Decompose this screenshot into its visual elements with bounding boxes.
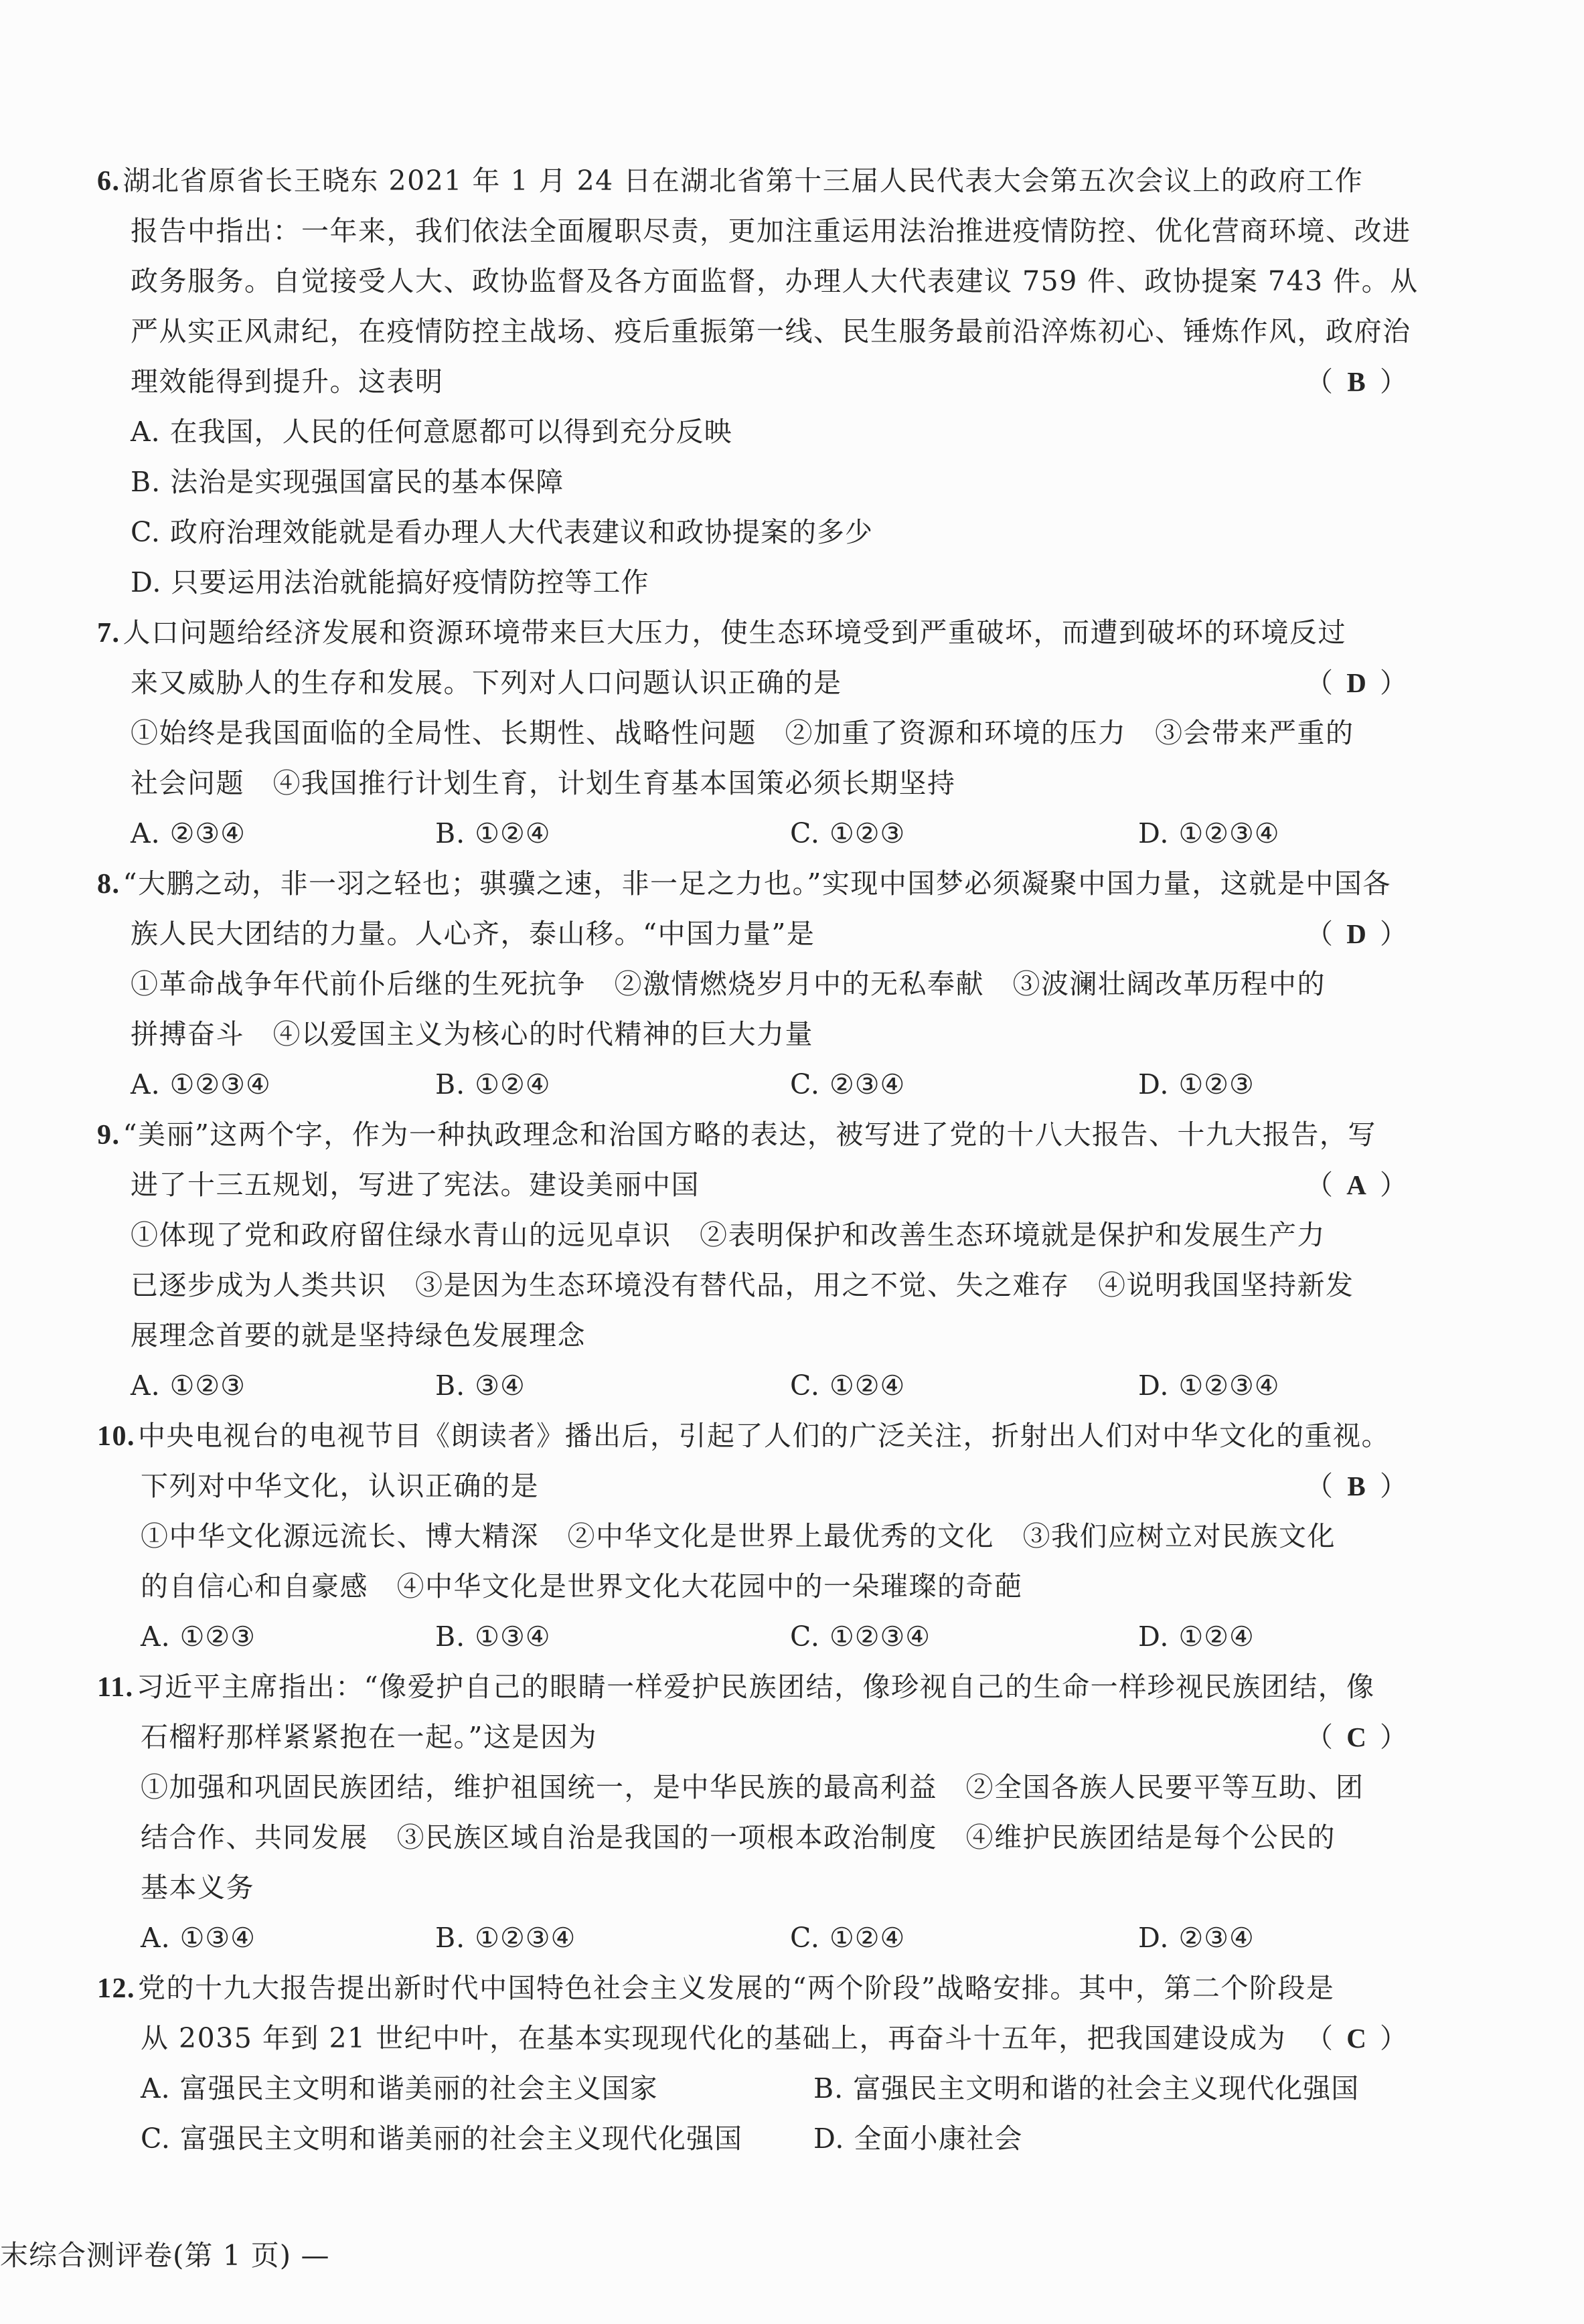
- question-stem-line: 党的十九大报告提出新时代中国特色社会主义发展的“两个阶段”战略安排。其中，第二个…: [138, 1972, 1334, 2004]
- statement-line: ①体现了党和政府留住绿水青山的远见卓识 ②表明保护和改善生态环境就是保护和发展生…: [131, 1218, 1326, 1252]
- option-b: B. 富强民主文明和谐的社会主义现代化强国: [813, 2072, 1359, 2105]
- option-d: D. 全面小康社会: [813, 2122, 1022, 2155]
- option-d: D. ①②③④: [1138, 817, 1280, 850]
- statement-line: ①中华文化源远流长、博大精深 ②中华文化是世界上最优秀的文化 ③我们应树立对民族…: [141, 1519, 1336, 1553]
- statement-line: ①始终是我国面临的全局性、长期性、战略性问题 ②加重了资源和环境的压力 ③会带来…: [131, 716, 1354, 750]
- option-b: B. ①②④: [435, 1068, 550, 1101]
- option-a: A. ①②③④: [131, 1068, 271, 1101]
- option-d: D. ①②③④: [1138, 1369, 1280, 1402]
- answer-letter: D: [1333, 917, 1380, 950]
- question-stem-line: 理效能得到提升。这表明: [131, 365, 444, 398]
- option-c: C. 政府治理效能就是看办理人大代表建议和政协提案的多少: [131, 515, 873, 549]
- answer-letter: C: [1333, 2021, 1380, 2055]
- option-d: D. ②③④: [1138, 1921, 1255, 1955]
- answer-bracket: （C）: [1305, 1720, 1407, 1754]
- option-b: B. 法治是实现强国富民的基本保障: [131, 465, 564, 499]
- answer-letter: B: [1333, 365, 1380, 398]
- question-stem-line: 从 2035 年到 21 世纪中叶，在基本实现现代化的基础上，再奋斗十五年，把我…: [141, 2021, 1286, 2055]
- answer-letter: A: [1333, 1168, 1380, 1201]
- question-stem-line: 族人民大团结的力量。人心齐，泰山移。“中国力量”是: [131, 917, 815, 950]
- answer-letter: D: [1333, 666, 1380, 699]
- statement-line: 已逐步成为人类共识 ③是因为生态环境没有替代品，用之不觉、失之难存 ④说明我国坚…: [131, 1268, 1354, 1302]
- question-stem-line: 严从实正风肃纪，在疫情防控主战场、疫后重振第一线、民生服务最前沿淬炼初心、锤炼作…: [131, 315, 1411, 348]
- statement-line: 拼搏奋斗 ④以爱国主义为核心的时代精神的巨大力量: [131, 1017, 813, 1051]
- option-c: C. ②③④: [790, 1068, 905, 1101]
- question-stem-line: 石榴籽那样紧紧抱在一起。”这是因为: [141, 1720, 597, 1754]
- exam-page: 6.湖北省原省长王晓东 2021 年 1 月 24 日在湖北省第十三届人民代表大…: [0, 0, 1584, 2324]
- page-footer: 末综合测评卷(第 1 页) —: [0, 2239, 330, 2272]
- option-b: B. ①②④: [435, 817, 550, 850]
- statement-line: 展理念首要的就是坚持绿色发展理念: [131, 1319, 586, 1352]
- statement-line: 结合作、共同发展 ③民族区域自治是我国的一项根本政治制度 ④维护民族团结是每个公…: [141, 1821, 1336, 1854]
- question-stem-line: 湖北省原省长王晓东 2021 年 1 月 24 日在湖北省第十三届人民代表大会第…: [123, 165, 1364, 197]
- question-number: 10.: [97, 1421, 135, 1452]
- statement-line: 基本义务: [141, 1871, 254, 1904]
- question-stem-line: 下列对中华文化，认识正确的是: [141, 1469, 539, 1503]
- option-d: D. 只要运用法治就能搞好疫情防控等工作: [131, 566, 649, 599]
- option-d: D. ①②③: [1138, 1068, 1255, 1101]
- answer-bracket: （D）: [1305, 917, 1407, 950]
- question-number: 8.: [97, 869, 121, 900]
- option-c: C. 富强民主文明和谐美丽的社会主义现代化强国: [141, 2122, 742, 2155]
- option-c: C. ①②③④: [790, 1620, 931, 1653]
- option-b: B. ①③④: [435, 1620, 550, 1653]
- statement-line: ①加强和巩固民族团结，维护祖国统一，是中华民族的最高利益 ②全国各族人民要平等互…: [141, 1770, 1364, 1804]
- question-stem-line: 进了十三五规划，写进了宪法。建设美丽中国: [131, 1168, 700, 1201]
- statement-line: 社会问题 ④我国推行计划生育，计划生育基本国策必须长期坚持: [131, 766, 956, 800]
- option-a: A. ②③④: [131, 817, 246, 850]
- option-c: C. ①②④: [790, 1369, 905, 1402]
- option-c: C. ①②③: [790, 817, 905, 850]
- answer-bracket: （B）: [1305, 1469, 1407, 1503]
- option-a: A. ①②③: [141, 1620, 256, 1653]
- question-number: 7.: [97, 618, 121, 649]
- question-stem-line: “美丽”这两个字，作为一种执政理念和治国方略的表达，被写进了党的十八大报告、十九…: [123, 1118, 1376, 1151]
- question-stem-line: 来又威胁人的生存和发展。下列对人口问题认识正确的是: [131, 666, 842, 699]
- answer-letter: C: [1333, 1720, 1380, 1754]
- option-a: A. ①②③: [131, 1369, 246, 1402]
- question-stem-line: 中央电视台的电视节目《朗读者》播出后，引起了人们的广泛关注，折射出人们对中华文化…: [138, 1420, 1390, 1452]
- option-a: A. 在我国，人民的任何意愿都可以得到充分反映: [131, 415, 732, 448]
- option-b: B. ③④: [435, 1369, 526, 1402]
- answer-bracket: （C）: [1305, 2021, 1407, 2055]
- answer-bracket: （A）: [1305, 1168, 1407, 1201]
- question-number: 11.: [97, 1672, 134, 1703]
- question-number: 6.: [97, 166, 121, 197]
- option-b: B. ①②③④: [435, 1921, 576, 1955]
- question-number: 12.: [97, 1973, 135, 2004]
- question-stem-line: 报告中指出：一年来，我们依法全面履职尽责，更加注重运用法治推进疫情防控、优化营商…: [131, 214, 1411, 248]
- question-stem-line: 政务服务。自觉接受人大、政协监督及各方面监督，办理人大代表建议 759 件、政协…: [131, 264, 1419, 298]
- option-a: A. 富强民主文明和谐美丽的社会主义国家: [141, 2072, 658, 2105]
- option-d: D. ①②④: [1138, 1620, 1255, 1653]
- statement-line: ①革命战争年代前仆后继的生死抗争 ②激情燃烧岁月中的无私奉献 ③波澜壮阔改革历程…: [131, 967, 1326, 1001]
- question-stem-line: 习近平主席指出：“像爱护自己的眼睛一样爱护民族团结，像珍视自己的生命一样珍视民族…: [137, 1671, 1375, 1703]
- answer-letter: B: [1333, 1469, 1380, 1503]
- option-a: A. ①③④: [141, 1921, 256, 1955]
- question-stem-line: 人口问题给经济发展和资源环境带来巨大压力，使生态环境受到严重破坏，而遭到破坏的环…: [123, 616, 1347, 649]
- answer-bracket: （B）: [1305, 365, 1407, 398]
- answer-bracket: （D）: [1305, 666, 1407, 699]
- option-c: C. ①②④: [790, 1921, 905, 1955]
- statement-line: 的自信心和自豪感 ④中华文化是世界文化大花园中的一朵璀璨的奇葩: [141, 1570, 1023, 1603]
- question-number: 9.: [97, 1120, 121, 1151]
- question-stem-line: “大鹏之动，非一羽之轻也；骐骥之速，非一足之力也。”实现中国梦必须凝聚中国力量，…: [123, 867, 1391, 900]
